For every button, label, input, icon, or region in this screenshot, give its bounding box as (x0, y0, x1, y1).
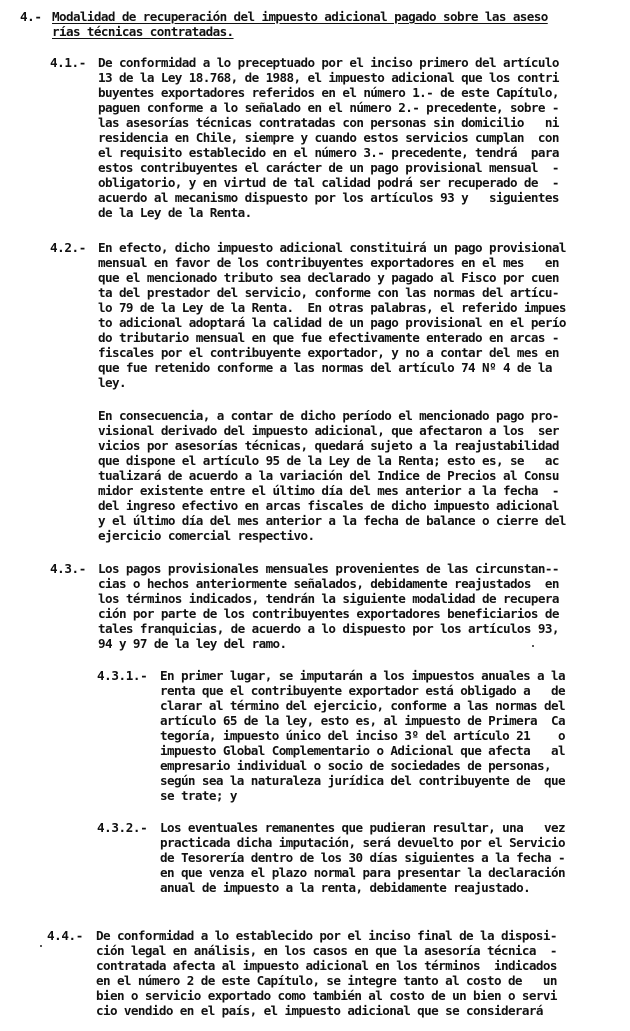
paragraph-line: residencia en Chile, siempre y cuando es… (98, 130, 559, 145)
paragraph-line: ción legal en análisis, en los casos en … (96, 943, 557, 958)
paragraph-line: impuesto Global Complementario o Adicion… (160, 743, 565, 758)
paragraph-line: y el último día del mes anterior a la fe… (98, 513, 566, 528)
paragraph-line: to adicional adoptará la calidad de un p… (98, 315, 566, 330)
subsection-number: 4.3.2.- (97, 820, 147, 835)
paragraph-line: cio vendido en el país, el impuesto adic… (96, 1003, 543, 1018)
paragraph-line: midor existente entre el último día del … (98, 483, 559, 498)
paragraph-line: anual de impuesto a la renta, debidament… (160, 880, 530, 895)
paragraph-line: bien o servicio exportado como también a… (96, 988, 557, 1003)
paragraph-line: que el mencionado tributo sea declarado … (98, 270, 559, 285)
paragraph-line: renta que el contribuyente exportador es… (160, 683, 565, 698)
paragraph-line: que dispone el artículo 95 de la Ley de … (98, 453, 559, 468)
paragraph-line: el requisito establecido en el número 3.… (98, 145, 559, 160)
paragraph-line: En efecto, dicho impuesto adicional cons… (98, 240, 566, 255)
paragraph-line: tualizará de acuerdo a la variación del … (98, 468, 559, 483)
subsection-number: 4.3.1.- (97, 668, 147, 683)
paragraph-line: Los pagos provisionales mensuales proven… (98, 561, 559, 576)
paragraph-line: tales franquicias, de acuerdo a lo dispu… (98, 621, 559, 636)
paragraph-line: fiscales por el contribuyente exportador… (98, 345, 559, 360)
paragraph-line: de la Ley de la Renta. (98, 205, 252, 220)
paragraph-line: 94 y 97 de la ley del ramo. (98, 636, 287, 651)
paragraph-line: de Tesorería dentro de los 30 días sigui… (160, 850, 565, 865)
paragraph-line: vicios por asesorías técnicas, quedará s… (98, 438, 559, 453)
paragraph-line: contratada afecta al impuesto adicional … (96, 958, 557, 973)
paragraph-line: artículo 65 de la ley, esto es, al impue… (160, 713, 565, 728)
paragraph-line: En consecuencia, a contar de dicho perío… (98, 408, 559, 423)
paragraph-line: 13 de la Ley 18.768, de 1988, el impuest… (98, 70, 559, 85)
paragraph-line: en que venza el plazo normal para presen… (160, 865, 565, 880)
section-number: 4.3.- (50, 561, 86, 576)
section-number: 4.2.- (50, 240, 86, 255)
paragraph-line: paguen conforme a lo señalado en el núme… (98, 100, 559, 115)
paragraph-line: cias o hechos anteriormente señalados, d… (98, 576, 559, 591)
paragraph-line: que fue retenido conforme a las normas d… (98, 360, 552, 375)
paragraph-line: lo 79 de la Ley de la Renta. En otras pa… (98, 300, 566, 315)
paragraph-line: tegoría, impuesto único del inciso 3º de… (160, 728, 565, 743)
heading-number: 4.- (20, 9, 42, 24)
paragraph-line: ta del prestador del servicio, conforme … (98, 285, 559, 300)
paragraph-line: clarar al término del ejercicio, conform… (160, 698, 565, 713)
paragraph-line: practicada dicha imputación, será devuel… (160, 835, 565, 850)
paragraph-line: Los eventuales remanentes que pudieran r… (160, 820, 565, 835)
paragraph-line: se trate; y (160, 788, 237, 803)
paragraph-line: ley. (98, 375, 126, 390)
paragraph-line: mensual en favor de los contribuyentes e… (98, 255, 559, 270)
section-number: 4.1.- (50, 55, 86, 70)
document-page: 4.- Modalidad de recuperación del impues… (0, 0, 630, 1031)
paragraph-line: acuerdo al mecanismo dispuesto por los a… (98, 190, 559, 205)
section-number: 4.4.- (47, 928, 83, 943)
heading-line: Modalidad de recuperación del impuesto a… (52, 9, 548, 24)
paragraph-line: do tributario mensual en que fue efectiv… (98, 330, 559, 345)
paragraph-line: del ingreso efectivo en arcas fiscales d… (98, 498, 559, 513)
paragraph-line: En primer lugar, se imputarán a los impu… (160, 668, 565, 683)
paragraph-line: las asesorías técnicas contratadas con p… (98, 115, 559, 130)
heading-line: rías técnicas contratadas. (52, 24, 234, 39)
paragraph-line: los términos indicados, tendrán la sigui… (98, 591, 559, 606)
paragraph-line: ejercicio comercial respectivo. (98, 528, 314, 543)
paragraph-line: visional derivado del impuesto adicional… (98, 423, 559, 438)
paragraph-line: De conformidad a lo establecido por el i… (96, 928, 557, 943)
paragraph-line: buyentes exportadores referidos en el nú… (98, 85, 559, 100)
paragraph-line: ción por parte de los contribuyentes exp… (98, 606, 559, 621)
paragraph-line: en el número 2 de este Capítulo, se inte… (96, 973, 557, 988)
stray-mark (532, 645, 534, 647)
paragraph-line: según sea la naturaleza jurídica del con… (160, 773, 565, 788)
paragraph-line: De conformidad a lo preceptuado por el i… (98, 55, 559, 70)
paragraph-line: obligatorio, y en virtud de tal calidad … (98, 175, 559, 190)
stray-mark (40, 945, 42, 947)
paragraph-line: estos contribuyentes el carácter de un p… (98, 160, 559, 175)
paragraph-line: empresario individual o socio de socieda… (160, 758, 551, 773)
